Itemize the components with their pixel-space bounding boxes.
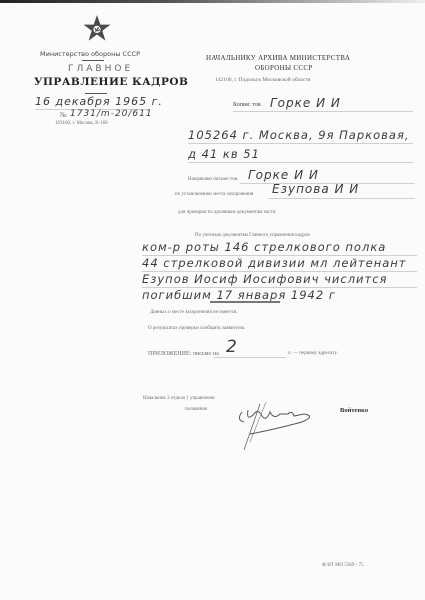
report-text: О результатах проверки сообщить заявител… [148,326,245,331]
field-line [188,162,413,163]
field-line [188,143,413,144]
letter-date: 16 декабря 1965 г. [35,95,163,108]
divider [85,93,107,94]
letter-number: 1731/m-20/611 [70,109,153,119]
field-line [268,198,415,199]
recipient-line2: ОБОРОНЫ СССР [255,64,313,72]
letterhead-line2: УПРАВЛЕНИЕ КАДРОВ [34,76,188,88]
records-text: По учетным документам Главного управлени… [195,233,310,238]
number-label: № [60,111,67,119]
record-line-4: погибшим 17 января 1942 г [142,288,336,302]
no-data-text: Данных о месте захоронения не имеется. [150,310,237,315]
print-code: Ф НТ МО 5369 - 75 [322,563,364,568]
copy-address-line2: д 41 кв 51 [188,147,260,161]
attachment-label: ПРИЛОЖЕНИЕ: письмо на [148,351,219,357]
divider [82,60,104,61]
copy-name: Горке И И [270,96,341,110]
field-line [214,357,286,358]
signature-icon [232,400,322,455]
signer-title-line2: полковник [185,407,207,412]
recipient-address: 142100, г. Подольск Московской области [215,77,311,83]
ministry-name: Министерство обороны СССР [40,50,140,58]
record-line-3: Езупов Иосиф Иосифович числится [142,272,387,286]
letter-from-label: Направляю письмо тов. [188,177,238,182]
attachment-count: 2 [226,337,238,357]
date-underline [210,301,280,303]
record-line-1: ком-р роты 146 стрелкового полка [142,240,386,254]
sender-address: 103160, г. Москва, К-160 [55,121,108,126]
red-star-emblem-icon [83,14,111,42]
field-line [233,111,413,112]
burial-label: по установлению места захоронения [175,192,253,197]
recipient-line1: НАЧАЛЬНИКУ АРХИВА МИНИСТЕРСТВА [206,54,350,62]
copy-label: Копия: тов. [233,102,262,108]
scan-top-edge [0,0,425,3]
signer-name: Войтенко [340,407,368,414]
letter-from-value: Горке И И [248,168,319,182]
copy-address-line1: 105264 г. Москва, 9я Парковая, [188,128,410,142]
attachment-suffix: л. — первому адресату. [288,351,338,356]
check-text: для проверки по архивным документам част… [178,210,277,215]
signer-title-line1: Начальник 2 отдела 1 управления [143,396,215,401]
letterhead-line1: ГЛАВНОЕ [68,64,133,74]
record-line-2: 44 стрелковой дивизии мл лейтенант [142,256,407,270]
burial-value: Езупова И И [272,182,359,196]
